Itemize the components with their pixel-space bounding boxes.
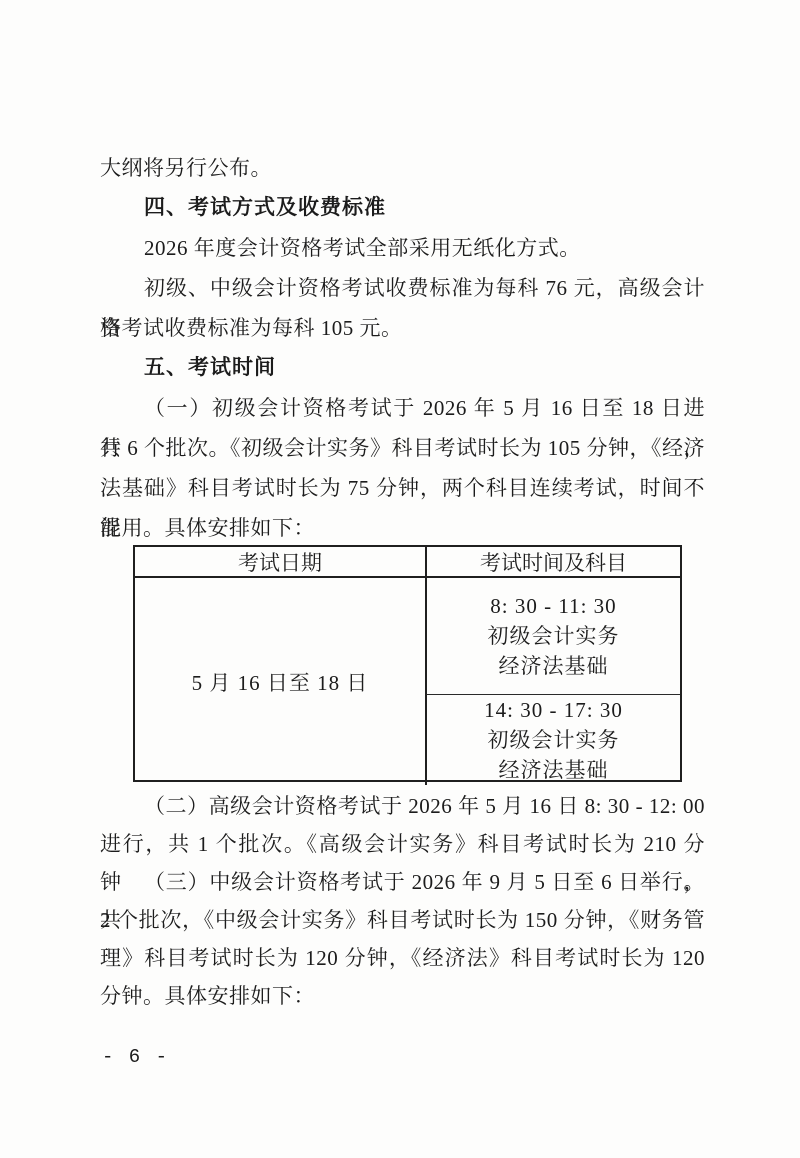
- paragraph-line: 法基础》科目考试时长为 75 分钟，两个科目连续考试，时间不能: [100, 468, 705, 508]
- table-cell-session-morning: 8: 30 - 11: 30 初级会计实务 经济法基础: [425, 578, 680, 695]
- paragraph-line: 理》科目考试时长为 120 分钟，《经济法》科目考试时长为 120: [100, 939, 705, 977]
- paragraph-line: 共 6 个批次。《初级会计实务》科目考试时长为 105 分钟，《经济: [100, 428, 705, 468]
- table-header-time-subject: 考试时间及科目: [425, 547, 680, 578]
- page-number: - 6 -: [102, 1046, 169, 1068]
- session-subject: 初级会计实务: [488, 621, 620, 651]
- paragraph-line: （二）高级会计资格考试于 2026 年 5 月 16 日 8: 30 - 12:…: [100, 787, 705, 825]
- paragraph-line: 2 个批次，《中级会计实务》科目考试时长为 150 分钟，《财务管: [100, 901, 705, 939]
- session-subject: 经济法基础: [499, 651, 609, 681]
- session-subject: 初级会计实务: [488, 725, 620, 755]
- paragraph-line: 分钟。具体安排如下：: [100, 977, 705, 1015]
- paragraph-line: 格考试收费标准为每科 105 元。: [100, 308, 705, 348]
- paragraph-line: （一）初级会计资格考试于 2026 年 5 月 16 日至 18 日进行，: [100, 388, 705, 428]
- paragraph-line: 进行，共 1 个批次。《高级会计实务》科目考试时长为 210 分钟。: [100, 825, 705, 863]
- exam-schedule-table: 考试日期 考试时间及科目 5 月 16 日至 18 日 8: 30 - 11: …: [133, 545, 682, 782]
- section-heading-4: 四、考试方式及收费标准: [100, 188, 705, 228]
- session-subject: 经济法基础: [499, 755, 609, 785]
- paragraph-line: 初级、中级会计资格考试收费标准为每科 76 元，高级会计资: [100, 268, 705, 308]
- section-heading-5: 五、考试时间: [100, 348, 705, 388]
- session-time: 14: 30 - 17: 30: [484, 695, 623, 725]
- session-time: 8: 30 - 11: 30: [490, 591, 616, 621]
- text-block-upper: 大纲将另行公布。 四、考试方式及收费标准 2026 年度会计资格考试全部采用无纸…: [100, 148, 705, 548]
- document-page: 大纲将另行公布。 四、考试方式及收费标准 2026 年度会计资格考试全部采用无纸…: [0, 0, 800, 1158]
- paragraph-line: （三）中级会计资格考试于 2026 年 9 月 5 日至 6 日举行，共: [100, 863, 705, 901]
- paragraph-line: 大纲将另行公布。: [100, 148, 705, 188]
- table-header-date: 考试日期: [135, 547, 425, 578]
- text-block-lower: （二）高级会计资格考试于 2026 年 5 月 16 日 8: 30 - 12:…: [100, 787, 705, 1015]
- table-cell-exam-date: 5 月 16 日至 18 日: [135, 578, 425, 785]
- paragraph-line: 2026 年度会计资格考试全部采用无纸化方式。: [100, 228, 705, 268]
- paragraph-line: 混用。具体安排如下：: [100, 508, 705, 548]
- table-cell-session-afternoon: 14: 30 - 17: 30 初级会计实务 经济法基础: [425, 695, 680, 785]
